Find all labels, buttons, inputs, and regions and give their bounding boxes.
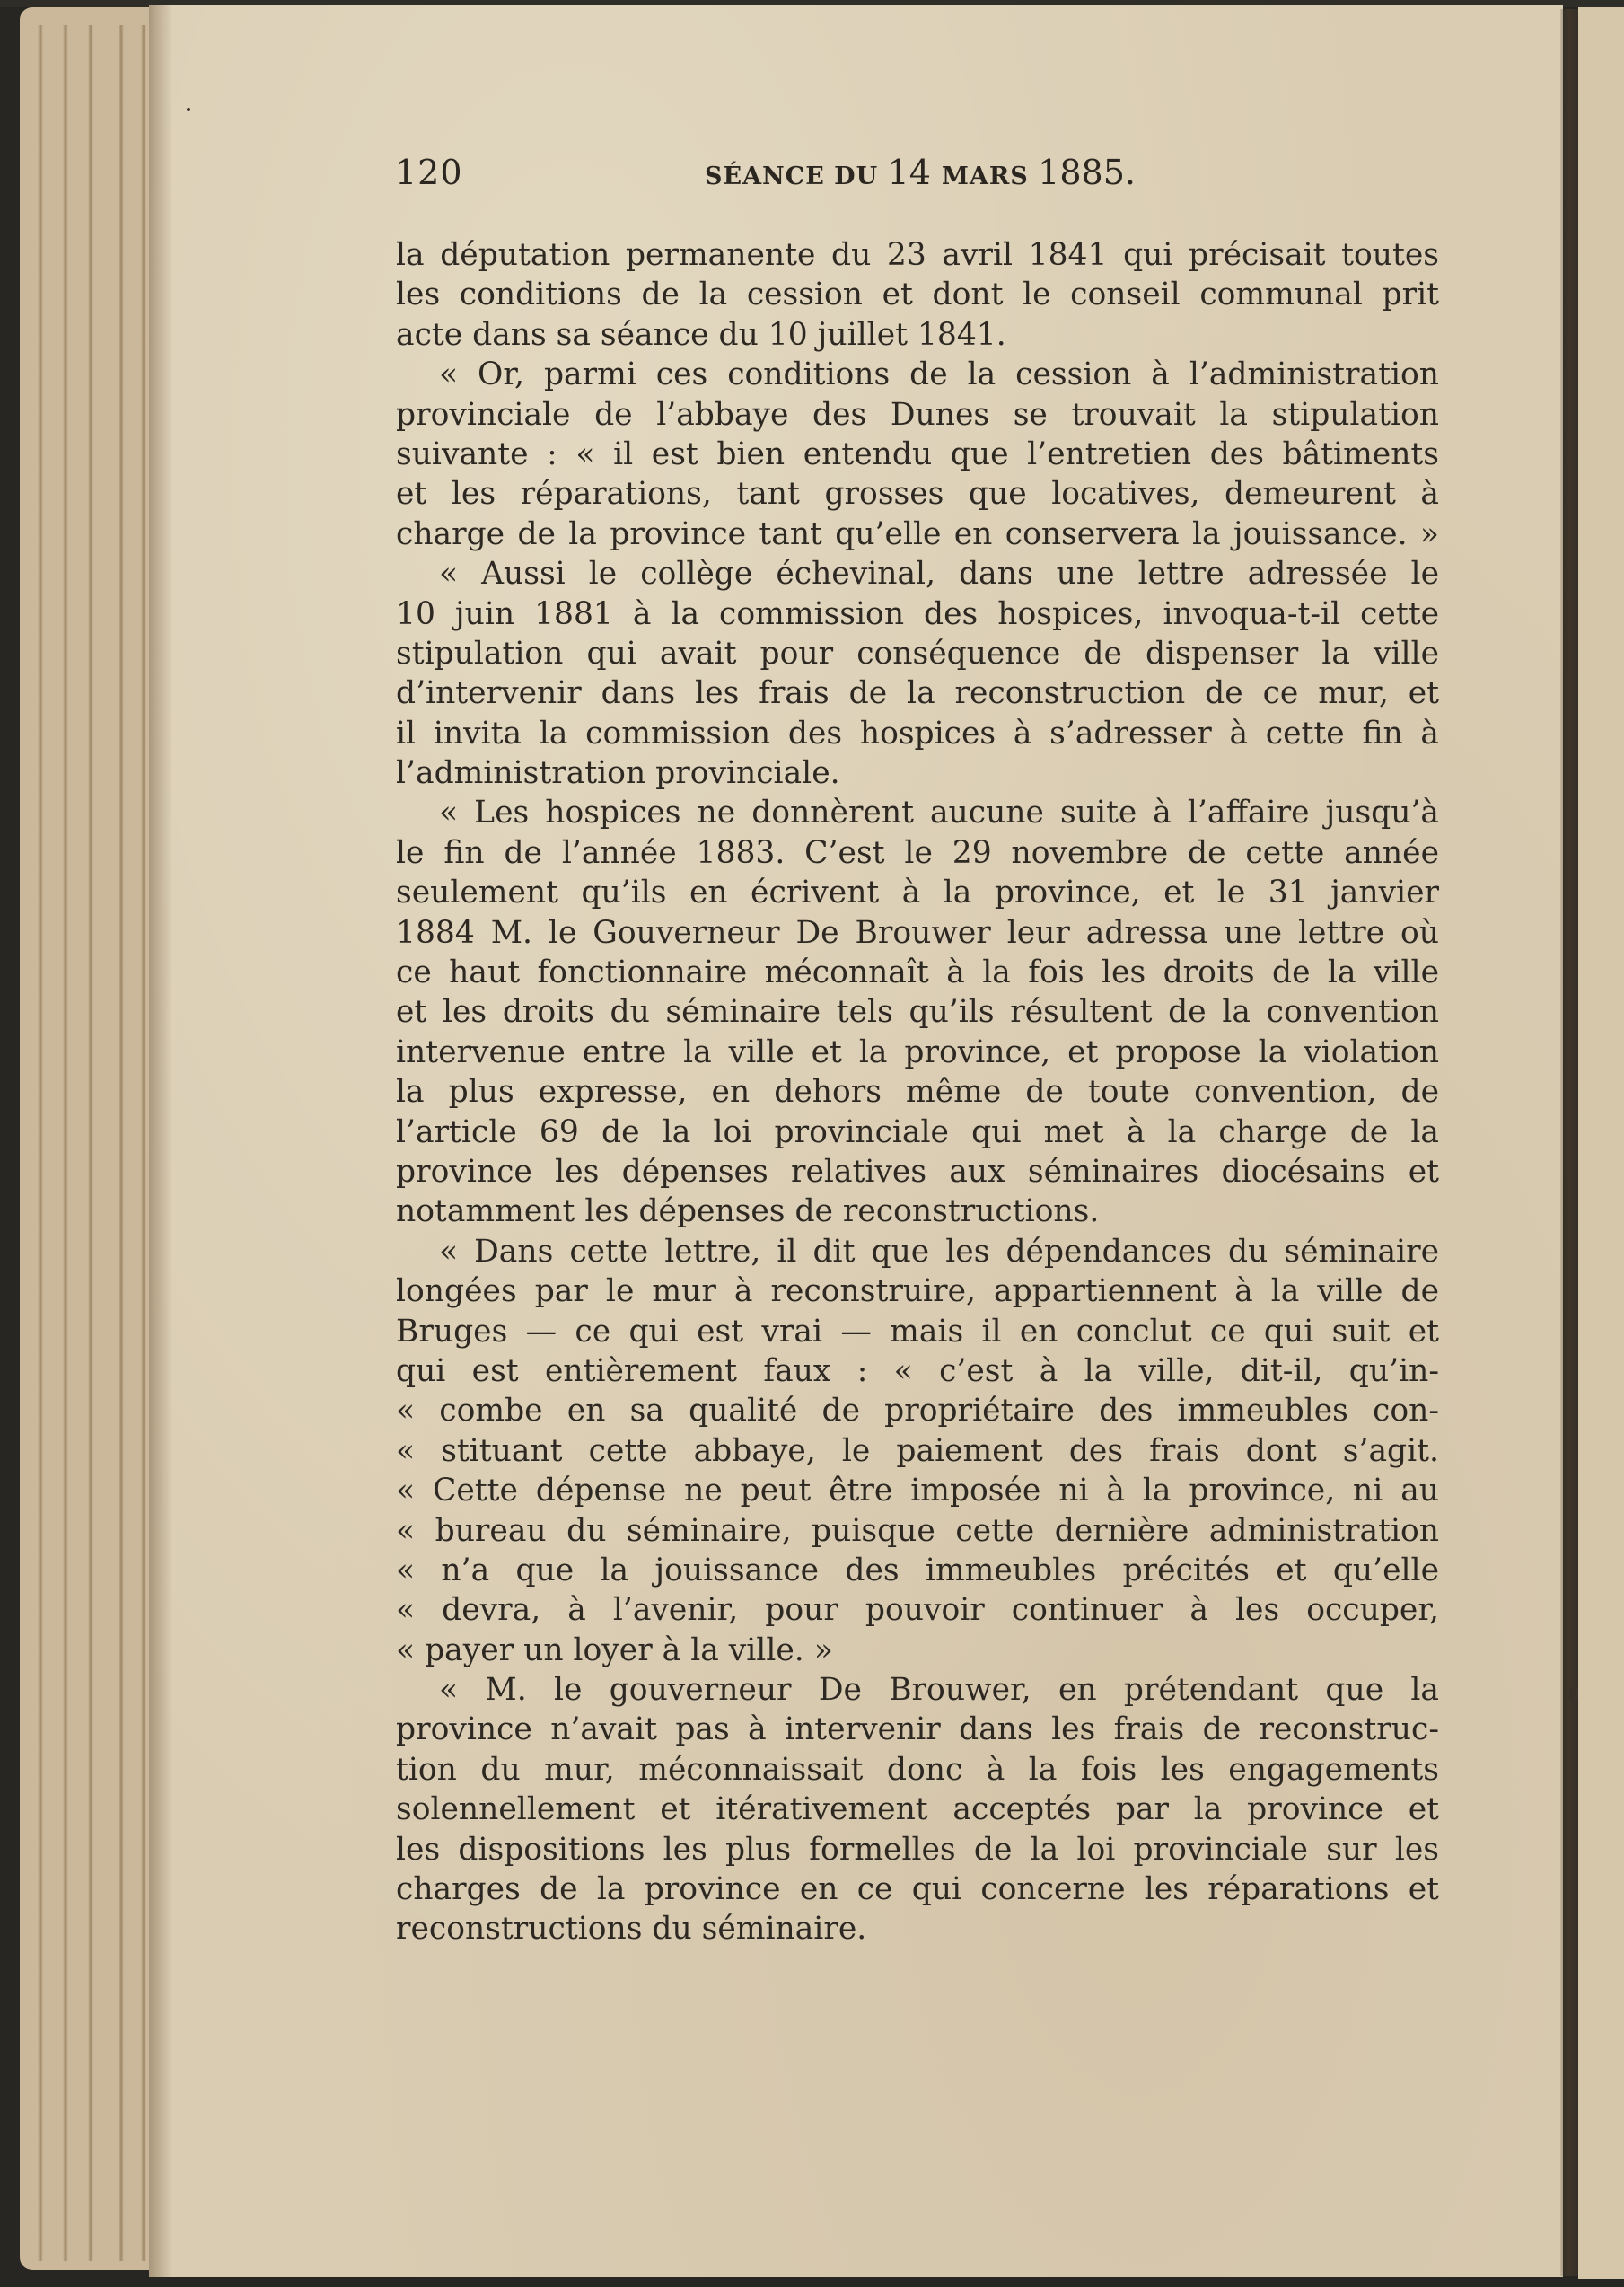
text-line: « n’a que la jouissance des immeubles pr… [396,1551,1439,1590]
text-line: seulement qu’ils en écrivent à la provin… [396,873,1439,912]
right-page-fold [1560,9,1578,2276]
text-line: les dispositions les plus formelles de l… [396,1830,1439,1869]
page-edge-line [119,25,124,2261]
facing-page-edge [1578,7,1624,2279]
text-line: et les droits du séminaire tels qu’ils r… [396,992,1439,1032]
paper-speck [1569,1688,1578,1701]
page-edge-line [38,25,43,2261]
text-line: 10 juin 1881 à la commission des hospice… [396,594,1439,634]
text-line: « combe en sa qualité de propriétaire de… [396,1391,1439,1430]
page-edge-line [63,25,68,2261]
text-line: « Or, parmi ces conditions de la cession… [396,355,1439,394]
text-line: « Aussi le collège échevinal, dans une l… [396,554,1439,594]
text-line: il invita la commission des hospices à s… [396,714,1439,753]
text-line: « devra, à l’avenir, pour pouvoir contin… [396,1590,1439,1630]
text-line: charges de la province en ce qui concern… [396,1869,1439,1909]
text-line: reconstructions du séminaire. [396,1909,1439,1948]
page-edge-line [141,25,146,2261]
text-line: provinciale de l’abbaye des Dunes se tro… [396,395,1439,435]
running-head: SÉANCE DU 14 MARS 1885. [705,153,1136,192]
text-line: intervenue entre la ville et la province… [396,1033,1439,1072]
text-line: « Les hospices ne donnèrent aucune suite… [396,793,1439,832]
text-line: la plus expresse, en dehors même de tout… [396,1072,1439,1112]
text-line: « Dans cette lettre, il dit que les dépe… [396,1232,1439,1271]
text-line: l’article 69 de la loi provinciale qui m… [396,1113,1439,1152]
paper-speck [187,108,190,111]
text-line: et les réparations, tant grosses que loc… [396,474,1439,514]
text-line: « M. le gouverneur De Brouwer, en préten… [396,1670,1439,1710]
running-head-year: 1885. [1038,153,1136,192]
text-line: tion du mur, méconnaissait donc à la foi… [396,1750,1439,1790]
text-line: « stituant cette abbaye, le paiement des… [396,1431,1439,1471]
text-line: d’intervenir dans les frais de la recons… [396,673,1439,713]
text-line: « Cette dépense ne peut être imposée ni … [396,1471,1439,1510]
page-edge-line [88,25,93,2261]
text-line: acte dans sa séance du 10 juillet 1841. [396,315,1439,355]
text-line: ce haut fonctionnaire méconnaît à la foi… [396,953,1439,992]
text-line: Bruges — ce qui est vrai — mais il en co… [396,1312,1439,1351]
gutter-shadow [149,5,172,2277]
text-line: stipulation qui avait pour conséquence d… [396,634,1439,673]
text-line: suivante : « il est bien entendu que l’e… [396,435,1439,474]
text-line: province les dépenses relatives aux sémi… [396,1152,1439,1192]
text-line: l’administration provinciale. [396,753,1439,793]
page-number: 120 [395,153,463,192]
body-text: la députation permanente du 23 avril 184… [396,235,1439,1949]
text-line: province n’avait pas à intervenir dans l… [396,1710,1439,1749]
text-line: la députation permanente du 23 avril 184… [396,235,1439,275]
page-stack-edges [20,7,163,2270]
running-head-prefix: SÉANCE DU [705,163,888,190]
text-line: solennellement et itérativement acceptés… [396,1790,1439,1829]
page-header: 120 SÉANCE DU 14 MARS 1885. [395,153,1140,198]
text-line: notamment les dépenses de reconstruction… [396,1192,1439,1231]
running-head-day: 14 [888,153,942,192]
text-line: « payer un loyer à la ville. » [396,1631,1439,1670]
text-line: charge de la province tant qu’elle en co… [396,515,1439,554]
text-line: qui est entièrement faux : « c’est à la … [396,1351,1439,1391]
text-line: « bureau du séminaire, puisque cette der… [396,1511,1439,1551]
text-line: longées par le mur à reconstruire, appar… [396,1271,1439,1311]
running-head-month: MARS [942,163,1038,190]
text-line: le fin de l’année 1883. C’est le 29 nove… [396,833,1439,873]
text-line: les conditions de la cession et dont le … [396,275,1439,314]
text-line: 1884 M. le Gouverneur De Brouwer leur ad… [396,913,1439,953]
